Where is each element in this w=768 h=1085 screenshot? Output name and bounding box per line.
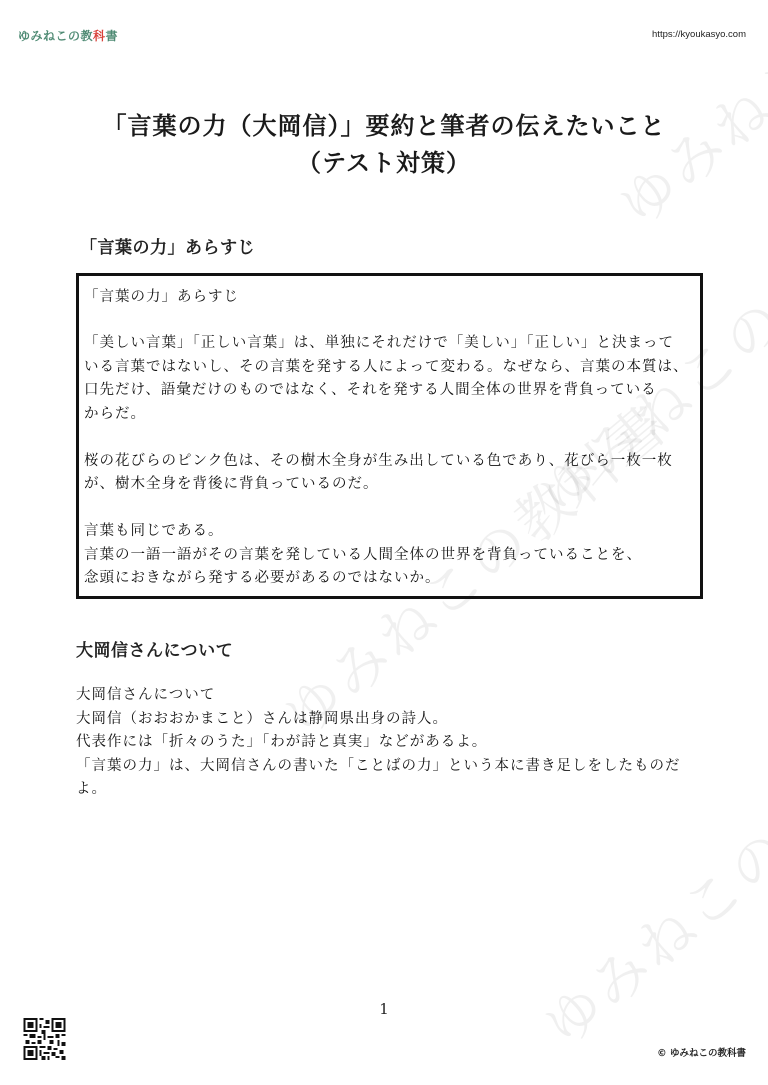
synopsis-line — [84, 426, 689, 450]
synopsis-line: 「美しい言葉」「正しい言葉」は、単独にそれだけで「美しい」「正しい」と決まって — [84, 332, 689, 356]
title-line-1: 「言葉の力（大岡信）」要約と筆者の伝えたいこと — [0, 108, 768, 145]
synopsis-line: 念頭におきながら発する必要があるのではないか。 — [84, 567, 689, 591]
author-line: よ。 — [76, 778, 681, 802]
site-url[interactable]: https://kyoukasyo.com — [652, 29, 746, 40]
copyright: © ゆみねこの教科書 — [657, 1045, 746, 1059]
synopsis-line: からだ。 — [84, 403, 689, 427]
author-text: 大岡信さんについて 大岡信（おおおかまこと）さんは静岡県出身の詩人。 代表作には… — [76, 684, 681, 802]
section-heading-author: 大岡信さんについて — [76, 636, 233, 661]
author-line: 大岡信（おおおかまこと）さんは静岡県出身の詩人。 — [76, 708, 681, 732]
synopsis-line: 桜の花びらのピンク色は、その樹木全身が生み出している色であり、花びら一枚一枚 — [84, 450, 689, 474]
author-line: 代表作には「折々のうた」「わが詩と真実」などがあるよ。 — [76, 731, 681, 755]
qr-code-icon[interactable] — [22, 1018, 67, 1060]
synopsis-line: いる言葉ではないし、その言葉を発する人によって変わる。なぜなら、言葉の本質は、 — [84, 356, 689, 380]
author-line: 「言葉の力」は、大岡信さんの書いた「ことばの力」という本に書き足しをしたものだ — [76, 755, 681, 779]
synopsis-line: が、樹木全身を背後に背負っているのだ。 — [84, 473, 689, 497]
logo-text-tail: 書 — [106, 29, 119, 43]
synopsis-line — [84, 310, 689, 334]
author-line: 大岡信さんについて — [76, 684, 681, 708]
logo-accent: 科 — [93, 29, 106, 43]
synopsis-text: 「言葉の力」あらすじ 「美しい言葉」「正しい言葉」は、単独にそれだけで「美しい」… — [84, 286, 689, 591]
section-heading-synopsis: 「言葉の力」あらすじ — [80, 233, 255, 258]
page-title: 「言葉の力（大岡信）」要約と筆者の伝えたいこと （テスト対策） — [0, 108, 768, 182]
copyright-icon: © — [657, 1048, 667, 1059]
copyright-text: ゆみねこの教科書 — [670, 1048, 746, 1059]
synopsis-line: 「言葉の力」あらすじ — [84, 286, 689, 310]
page-number: 1 — [0, 1000, 768, 1018]
synopsis-line: 口先だけ、語彙だけのものではなく、それを発する人間全体の世界を背負っている — [84, 379, 689, 403]
title-line-2: （テスト対策） — [0, 145, 768, 182]
synopsis-line — [84, 497, 689, 521]
site-logo[interactable]: ゆみねこの教科書 — [18, 27, 118, 44]
synopsis-line: 言葉の一語一語がその言葉を発している人間全体の世界を背負っていることを、 — [84, 544, 689, 568]
logo-text: ゆみねこの教 — [18, 29, 93, 43]
synopsis-line: 言葉も同じである。 — [84, 520, 689, 544]
